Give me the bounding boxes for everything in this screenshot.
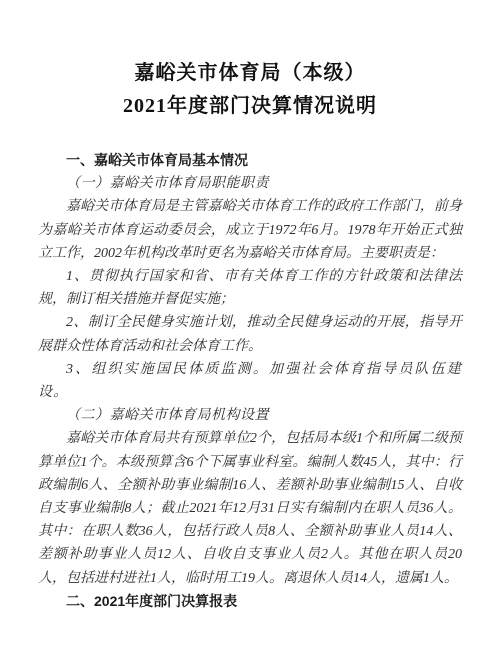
organization-paragraph: 嘉峪关市体育局共有预算单位2个，包括局本级1个和所属二级预算单位1个。本级预算含…	[38, 427, 462, 589]
section2-heading: 二、2021年度部门决算报表	[38, 590, 462, 613]
document-page: 嘉峪关市体育局（本级） 2021年度部门决算情况说明 一、嘉峪关市体育局基本情况…	[0, 0, 500, 647]
duty-item-3: 3、组织实施国民体质监测。加强社会体育指导员队伍建设。	[38, 358, 462, 404]
section1-subheading-organization: （二）嘉峪关市体育局机构设置	[38, 404, 462, 427]
duty-item-2: 2、制订全民健身实施计划，推动全民健身运动的开展，指导开展群众性体育活动和社会体…	[38, 311, 462, 357]
section1-intro-paragraph: 嘉峪关市体育局是主管嘉峪关市体育工作的政府工作部门，前身为嘉峪关市体育运动委员会…	[38, 195, 462, 265]
document-title-line1: 嘉峪关市体育局（本级）	[0, 57, 500, 90]
section1-heading: 一、嘉峪关市体育局基本情况	[38, 149, 462, 172]
section1-subheading-duties: （一）嘉峪关市体育局职能职责	[38, 172, 462, 195]
duty-item-1: 1、贯彻执行国家和省、市有关体育工作的方针政策和法律法规，制订相关措施并督促实施…	[38, 265, 462, 311]
document-title: 嘉峪关市体育局（本级） 2021年度部门决算情况说明	[0, 0, 500, 123]
document-title-line2: 2021年度部门决算情况说明	[0, 90, 500, 123]
document-body: 一、嘉峪关市体育局基本情况 （一）嘉峪关市体育局职能职责 嘉峪关市体育局是主管嘉…	[0, 149, 500, 613]
